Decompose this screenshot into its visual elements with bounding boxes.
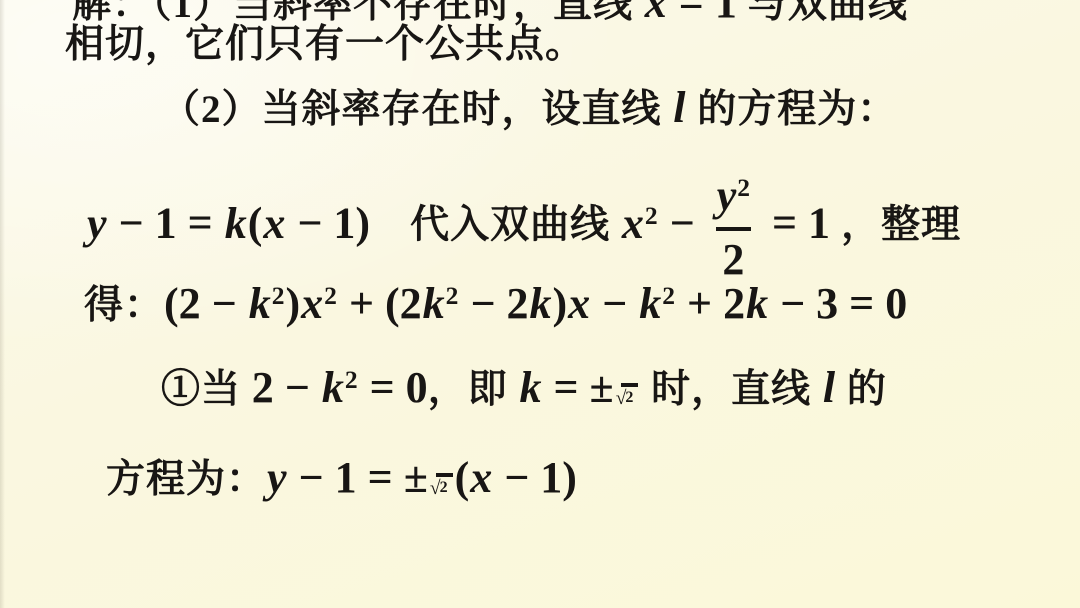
text-run: 相切，它们只有一个公共点。 <box>65 23 585 66</box>
square-root: √2 <box>430 473 453 497</box>
math-run: = 0 <box>359 363 428 412</box>
math-run: − 2 <box>459 279 528 328</box>
math-run: ) <box>286 279 301 328</box>
text-run: ，整理 <box>841 204 961 247</box>
solution-line-6: ①当 2 − k2 = 0，即 k = ±√2 时，直线 l 的 <box>161 362 887 415</box>
text-run: 时，直线 <box>640 368 822 411</box>
math-run: − <box>591 279 638 328</box>
math-run: (2 − <box>164 279 248 328</box>
math-run: k <box>745 279 769 328</box>
math-run: k2 <box>422 279 460 328</box>
math-run: k2 <box>321 363 359 412</box>
superscript: 2 <box>446 281 459 310</box>
text-run: 的方程为： <box>687 88 898 131</box>
math-run: − 1) <box>286 199 370 248</box>
math-run: k <box>518 363 542 412</box>
math-run: − <box>659 199 706 248</box>
math-run: k2 <box>638 279 676 328</box>
text-run: ，即 <box>428 368 519 411</box>
square-root: √2 <box>616 383 639 407</box>
fraction: y22 <box>716 174 751 282</box>
solution-line-2: 相切，它们只有一个公共点。 <box>65 22 585 69</box>
text-run: 方程为： <box>106 458 266 501</box>
math-run: y <box>266 453 288 502</box>
math-run: ) <box>553 279 568 328</box>
math-run: l <box>672 83 686 132</box>
solution-line-7: 方程为：y − 1 = ±√2(x − 1) <box>106 452 577 505</box>
math-run: k <box>224 199 248 248</box>
superscript: 2 <box>345 365 358 394</box>
superscript: 2 <box>645 201 658 230</box>
radical-sign: √ <box>616 389 627 409</box>
math-run: k <box>529 279 553 328</box>
superscript: 2 <box>662 281 675 310</box>
fraction-denominator: 2 <box>722 238 744 282</box>
text-run: ①当 <box>161 368 252 411</box>
math-run: x <box>567 279 591 328</box>
math-run: y <box>86 199 108 248</box>
math-run: + (2 <box>338 279 422 328</box>
math-run: − 3 = 0 <box>769 279 907 328</box>
scan-edge-shadow <box>0 0 5 608</box>
math-run: − 1 = ± <box>288 453 428 502</box>
text-run: 的 <box>836 368 887 411</box>
superscript: 2 <box>737 173 750 202</box>
math-run: − 1) <box>493 453 577 502</box>
math-run: x2 <box>621 199 659 248</box>
text-run: 与双曲线 <box>748 0 908 26</box>
math-run: 2 <box>722 235 744 284</box>
math-run: x <box>644 0 668 27</box>
text-run: （2）当斜率存在时，设直线 <box>161 88 672 131</box>
math-run: − 1 = <box>108 199 224 248</box>
math-run: = 1 <box>668 0 748 27</box>
math-run: ( <box>455 453 470 502</box>
math-run: + 2 <box>676 279 745 328</box>
math-run: x <box>262 199 286 248</box>
math-run: x2 <box>300 279 338 328</box>
math-run: ( <box>248 199 263 248</box>
math-document: 解：（1）当斜率不存在时，直线 x = 1 与双曲线相切，它们只有一个公共点。（… <box>0 0 1080 608</box>
math-run: 2 − <box>252 363 321 412</box>
math-run: = 1 <box>761 199 841 248</box>
math-run: k2 <box>248 279 286 328</box>
superscript: 2 <box>272 281 285 310</box>
math-run: l <box>822 363 836 412</box>
solution-line-3: （2）当斜率存在时，设直线 l 的方程为： <box>161 82 897 135</box>
math-run: x <box>469 453 493 502</box>
math-run: = ± <box>542 363 613 412</box>
math-run: y2 <box>716 171 751 220</box>
fraction-numerator: y2 <box>716 174 751 218</box>
solution-line-4: y − 1 = k(x − 1) 代入双曲线 x2 − y22 = 1 ，整理 <box>86 180 961 288</box>
superscript: 2 <box>324 281 337 310</box>
radical-sign: √ <box>430 479 441 499</box>
text-run: 代入双曲线 <box>370 204 621 247</box>
solution-line-5: 得：(2 − k2)x2 + (2k2 − 2k)x − k2 + 2k − 3… <box>84 278 907 331</box>
fraction-bar <box>716 227 751 231</box>
text-run: 得： <box>84 284 164 327</box>
